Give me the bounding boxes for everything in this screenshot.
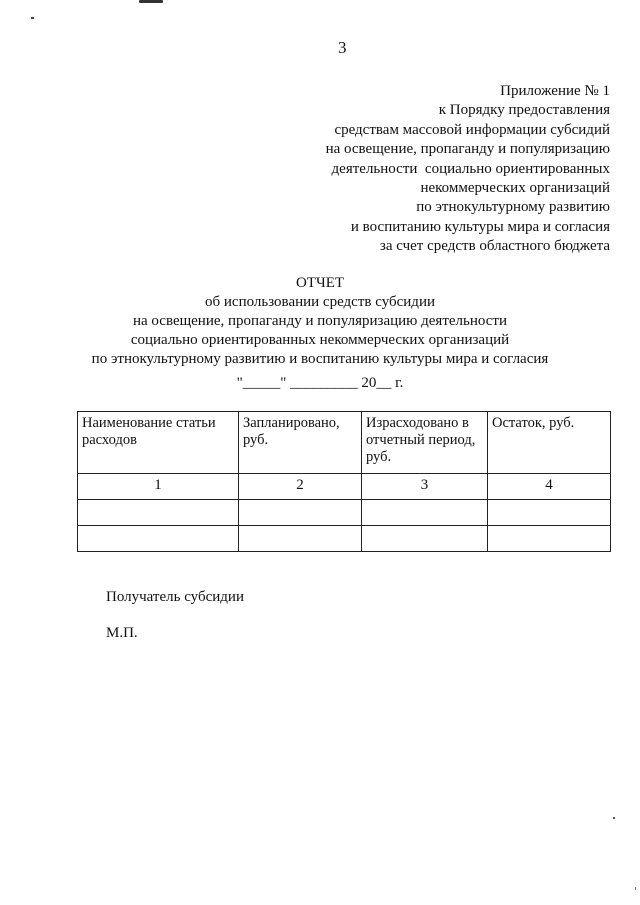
table-column-numbers-row: 1 2 3 4 <box>78 474 611 500</box>
recipient-label: Получатель субсидии <box>106 589 244 606</box>
table-cell <box>362 526 488 552</box>
report-subtitle-line: об использовании средств субсидии <box>0 293 640 312</box>
appendix-line: к Порядку предоставления <box>326 101 610 120</box>
page-number: 3 <box>338 38 347 58</box>
report-subtitle-line: социально ориентированных некоммерческих… <box>0 331 640 350</box>
table-row <box>78 500 611 526</box>
table-cell <box>488 526 611 552</box>
report-subtitle-line: на освещение, пропаганду и популяризацию… <box>0 312 640 331</box>
header-spent: Израсходовано в отчетный период, руб. <box>362 412 488 474</box>
report-date-line: "_____" _________ 20__ г. <box>0 375 640 392</box>
scan-artifact <box>31 17 34 19</box>
report-heading: ОТЧЕТ об использовании средств субсидии … <box>0 274 640 369</box>
table-cell <box>78 500 239 526</box>
appendix-line: некоммерческих организаций <box>326 179 610 198</box>
scan-artifact <box>635 887 636 890</box>
table-header-row: Наименование статьи расходов Запланирова… <box>78 412 611 474</box>
header-planned: Запланировано, руб. <box>239 412 362 474</box>
header-expense-item: Наименование статьи расходов <box>78 412 239 474</box>
table-cell <box>239 500 362 526</box>
scan-artifact <box>613 817 615 819</box>
report-title: ОТЧЕТ <box>0 274 640 293</box>
appendix-line: деятельности социально ориентированных <box>326 160 610 179</box>
expense-table: Наименование статьи расходов Запланирова… <box>77 411 611 552</box>
report-subtitle-line: по этнокультурному развитию и воспитанию… <box>0 350 640 369</box>
appendix-line: и воспитанию культуры мира и согласия <box>326 218 610 237</box>
stamp-label: М.П. <box>106 625 138 642</box>
table-row <box>78 526 611 552</box>
column-number: 1 <box>78 474 239 500</box>
column-number: 4 <box>488 474 611 500</box>
appendix-line: Приложение № 1 <box>326 82 610 101</box>
table-cell <box>488 500 611 526</box>
appendix-line: средствам массовой информации субсидий <box>326 121 610 140</box>
table-cell <box>78 526 239 552</box>
scan-artifact <box>139 0 163 3</box>
table-cell <box>362 500 488 526</box>
appendix-line: на освещение, пропаганду и популяризацию <box>326 140 610 159</box>
column-number: 2 <box>239 474 362 500</box>
table-cell <box>239 526 362 552</box>
appendix-line: по этнокультурному развитию <box>326 198 610 217</box>
column-number: 3 <box>362 474 488 500</box>
appendix-line: за счет средств областного бюджета <box>326 237 610 256</box>
header-balance: Остаток, руб. <box>488 412 611 474</box>
appendix-header: Приложение № 1 к Порядку предоставления … <box>326 82 610 257</box>
